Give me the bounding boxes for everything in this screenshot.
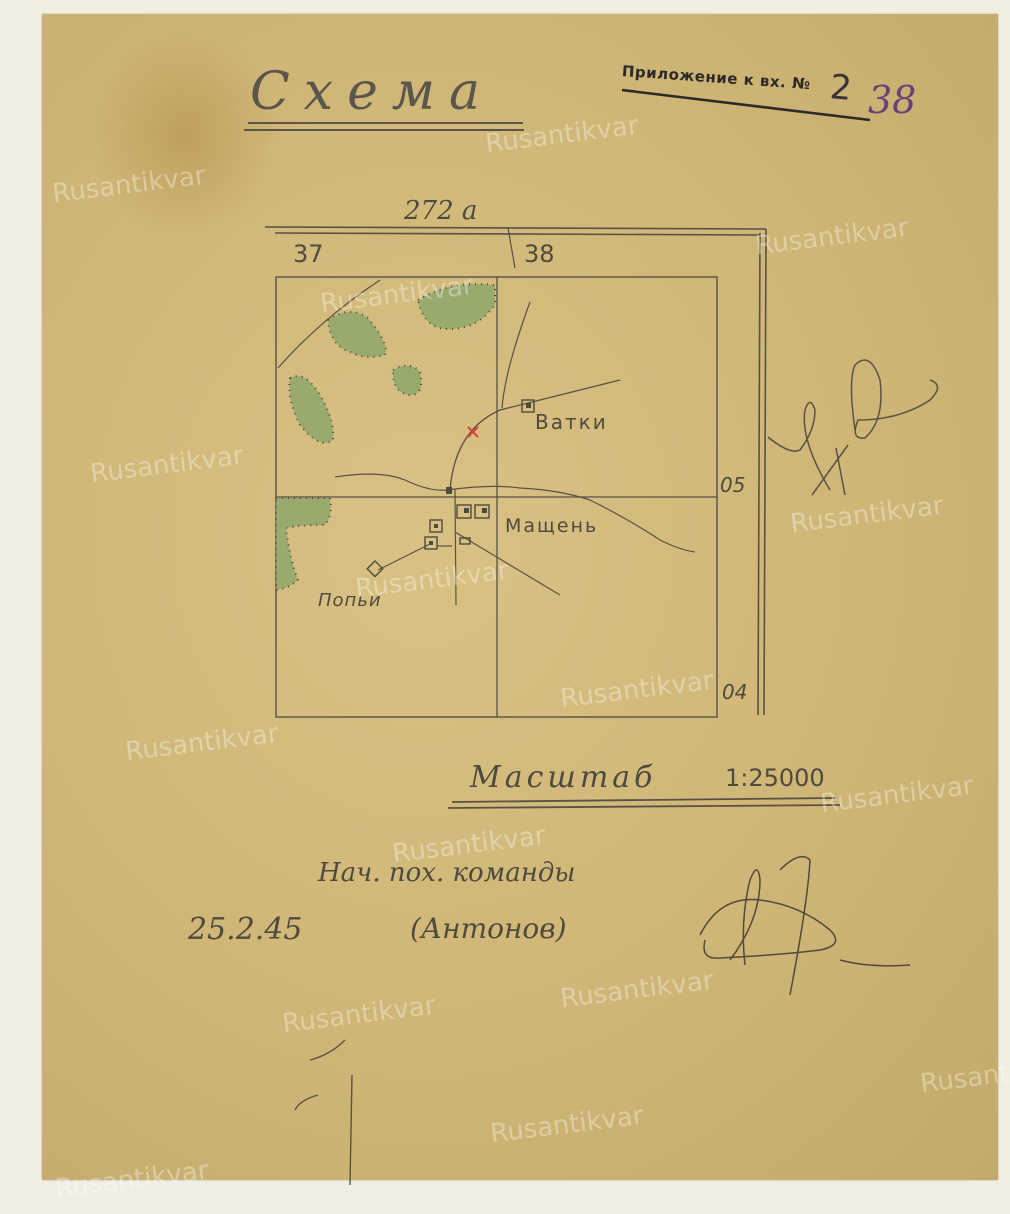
grid-column-37: 37 (293, 240, 324, 268)
grid-row-04: 04 (722, 680, 747, 704)
map-drawing (0, 0, 1010, 1214)
signatory-name: (Антонов) (410, 912, 567, 945)
scale-value: 1:25000 (725, 764, 825, 792)
grid-column-38: 38 (524, 240, 555, 268)
place-mashchen: Мащень (505, 515, 598, 537)
document-date: 25.2.45 (188, 912, 303, 947)
scale-label: Масштаб (470, 760, 656, 795)
grid-row-05: 05 (720, 473, 745, 497)
signatory-position: Нач. пох. команды (318, 858, 576, 888)
place-popi: Попьи (318, 590, 382, 611)
sheet-label: 272 а (404, 196, 477, 226)
place-vatki: Ватки (535, 410, 608, 434)
